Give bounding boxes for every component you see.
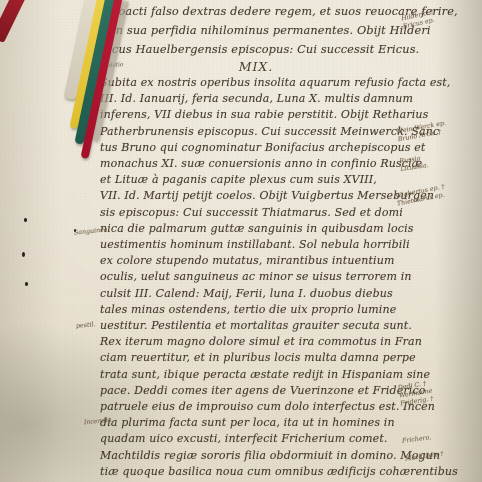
margin-note-pestis: pestil. bbox=[76, 321, 96, 331]
manuscript-photo: coacti falso dextras dedere regem, et su… bbox=[0, 0, 482, 482]
manuscript-text-line: cus Hauelbergensis episcopus: Cui succes… bbox=[112, 40, 412, 59]
manuscript-text-line: pace. Deddi comes iter agens de Vuerinzo… bbox=[100, 383, 412, 399]
manuscript-text-line: Patherbrunensis episcopus. Cui successit… bbox=[100, 124, 412, 140]
manuscript-text-line: uestimentis hominum instillabant. Sol ne… bbox=[100, 237, 412, 253]
ink-speck bbox=[25, 282, 28, 286]
manuscript-text-line: nica die palmarum guttæ sanguinis in qui… bbox=[100, 221, 412, 237]
manuscript-text-line: quadam uico excusti, interfecit Fricheri… bbox=[100, 431, 412, 447]
manuscript-text-line: oculis, uelut sanguineus ac minor se uis… bbox=[100, 269, 412, 285]
manuscript-text-line: coacti falso dextras dedere regem, et su… bbox=[112, 2, 412, 21]
main-text-block: coacti falso dextras dedere regem, et su… bbox=[100, 2, 412, 480]
manuscript-text-line: Subita ex nostris operibus insolita aqua… bbox=[100, 75, 412, 91]
manuscript-text-line: in sua perfidia nihilominus permanentes.… bbox=[112, 21, 412, 40]
manuscript-text-line: inferens, VII diebus in sua rabie persti… bbox=[100, 107, 412, 123]
manuscript-text-line: Rex iterum magno dolore simul et ira com… bbox=[100, 334, 412, 350]
manuscript-text-line: Machtildis regiæ sororis filia obdormiui… bbox=[100, 448, 412, 464]
manuscript-text-line: uestitur. Pestilentia et mortalitas grau… bbox=[100, 318, 412, 334]
manuscript-text-line: tus Bruno qui cognominatur Bonifacius ar… bbox=[100, 140, 412, 156]
manuscript-text-line: dia plurima facta sunt per loca, ita ut … bbox=[100, 415, 412, 431]
manuscript-text-line: III. Id. Ianuarij, feria secunda, Luna X… bbox=[100, 91, 412, 107]
text-lines-body: Subita ex nostris operibus insolita aqua… bbox=[100, 75, 412, 480]
manuscript-text-line: trata sunt, ibique peracta æstate redijt… bbox=[100, 367, 412, 383]
manuscript-text-line: tales minas ostendens, tertio die uix pr… bbox=[100, 302, 412, 318]
manuscript-text-line: culsit III. Calend: Maij, Ferii, luna I.… bbox=[100, 286, 412, 302]
manuscript-text-line: VII. Id. Martij petijt coelos. Obijt Vui… bbox=[100, 188, 412, 204]
manuscript-text-line: patruele eius de improuiso cum dolo inte… bbox=[100, 399, 412, 415]
manuscript-text-line: et Lituæ à paganis capite plexus cum sui… bbox=[100, 172, 412, 188]
year-heading: MIX. bbox=[100, 59, 412, 75]
margin-note-russia: RussiaLituania. bbox=[399, 154, 429, 174]
ink-speck bbox=[22, 252, 25, 257]
manuscript-text-line: ex colore stupendo mutatus, mirantibus i… bbox=[100, 253, 412, 269]
ink-speck bbox=[24, 218, 27, 222]
manuscript-text-line: tiæ quoque basilica noua cum omnibus ædi… bbox=[100, 464, 412, 480]
manuscript-text-line: ciam reuertitur, et in pluribus locis mu… bbox=[100, 350, 412, 366]
ink-speck bbox=[74, 229, 76, 232]
manuscript-text-line: monachus XI. suæ conuersionis anno in co… bbox=[100, 156, 412, 172]
manuscript-text-line: sis episcopus: Cui successit Thiatmarus.… bbox=[100, 205, 412, 221]
text-lines-top: coacti falso dextras dedere regem, et su… bbox=[100, 2, 412, 59]
